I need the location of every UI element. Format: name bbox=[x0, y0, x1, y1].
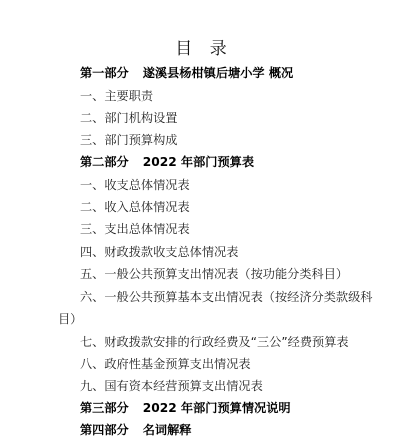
part-label: 第四部分 bbox=[80, 423, 129, 436]
toc-item[interactable]: 二、收入总体情况表 bbox=[80, 199, 190, 215]
toc-item[interactable]: 九、国有资本经营预算支出情况表 bbox=[80, 378, 263, 394]
part-label: 第三部分 bbox=[80, 401, 129, 415]
document-page: 目 录 第一部分遂溪县杨柑镇后塘小学 概况 一、主要职责 二、部门机构设置 三、… bbox=[0, 0, 408, 436]
toc-item[interactable]: 八、政府性基金预算支出情况表 bbox=[80, 356, 251, 372]
toc-item[interactable]: 七、财政拨款安排的行政经费及“三公”经费预算表 bbox=[80, 334, 349, 350]
toc-item[interactable]: 六、一般公共预算基本支出情况表（按经济分类款级科 bbox=[80, 289, 373, 305]
part-heading: 2022 年部门预算情况说明 bbox=[143, 401, 291, 415]
toc-item[interactable]: 五、一般公共预算支出情况表（按功能分类科目） bbox=[80, 266, 348, 282]
part-heading: 名词解释 bbox=[143, 423, 192, 436]
toc-part-3[interactable]: 第三部分2022 年部门预算情况说明 bbox=[80, 400, 291, 416]
toc-item[interactable]: 四、财政拨款收支总体情况表 bbox=[80, 244, 238, 260]
toc-item[interactable]: 二、部门机构设置 bbox=[80, 110, 178, 126]
toc-title: 目 录 bbox=[0, 38, 408, 60]
toc-item[interactable]: 一、收支总体情况表 bbox=[80, 177, 190, 193]
part-heading: 遂溪县杨柑镇后塘小学 概况 bbox=[143, 66, 294, 80]
toc-part-1[interactable]: 第一部分遂溪县杨柑镇后塘小学 概况 bbox=[80, 65, 293, 81]
part-label: 第一部分 bbox=[80, 66, 129, 80]
toc-item[interactable]: 三、支出总体情况表 bbox=[80, 221, 190, 237]
part-heading: 2022 年部门预算表 bbox=[143, 155, 254, 169]
toc-item[interactable]: 三、部门预算构成 bbox=[80, 132, 178, 148]
part-label: 第二部分 bbox=[80, 155, 129, 169]
toc-part-2[interactable]: 第二部分2022 年部门预算表 bbox=[80, 154, 254, 170]
toc-item-continuation[interactable]: 目） bbox=[58, 311, 82, 327]
toc-item[interactable]: 一、主要职责 bbox=[80, 88, 153, 104]
toc-part-4[interactable]: 第四部分名词解释 bbox=[80, 422, 192, 436]
